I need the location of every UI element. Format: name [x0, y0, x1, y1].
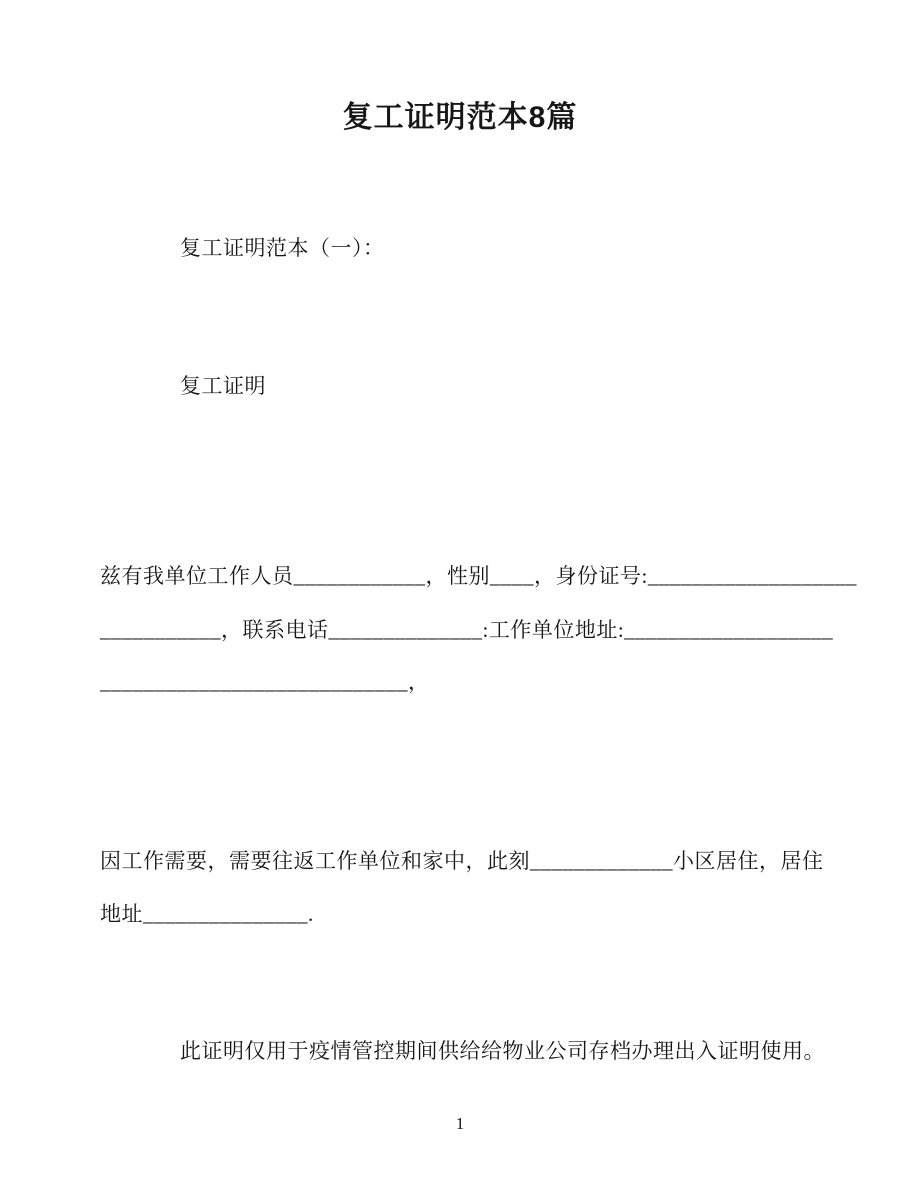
- paragraph1-line3: ____________________________，: [100, 667, 430, 697]
- paragraph1-line2: ___________，联系电话______________:工作单位地址:__…: [100, 615, 833, 645]
- certificate-heading: 复工证明: [180, 371, 266, 401]
- template-one-heading: 复工证明范本（一）：: [180, 233, 385, 263]
- document-title: 复工证明范本8篇: [0, 98, 920, 138]
- paragraph2-line2: 地址_______________.: [100, 899, 314, 929]
- page-number: 1: [0, 1112, 920, 1136]
- paragraph1-line1: 兹有我单位工作人员____________，性别____，身份证号:______…: [100, 561, 857, 591]
- document-page: 复工证明范本8篇 复工证明范本（一）： 复工证明 兹有我单位工作人员______…: [0, 0, 920, 1191]
- paragraph2-line1: 因工作需要，需要往返工作单位和家中，此刻_____________小区居住，居住: [100, 846, 824, 876]
- usage-note: 此证明仅用于疫情管控期间供给给物业公司存档办理出入证明使用。: [180, 1036, 825, 1066]
